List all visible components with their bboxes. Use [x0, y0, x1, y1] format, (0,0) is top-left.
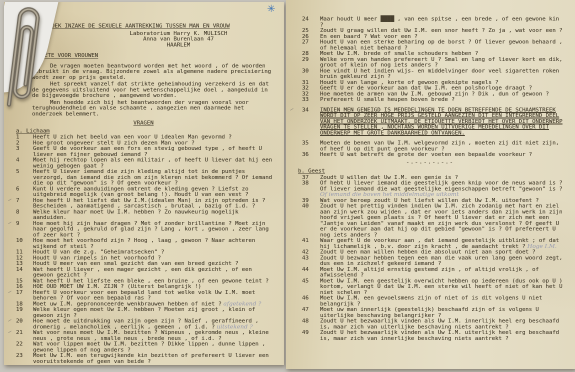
question-row: 48Zoudt U het bezwaarlijk vinden als Uw … [290, 318, 570, 330]
question-row: 3Geeft U de voorkeur aan een fors en ste… [8, 146, 279, 158]
question-list-a: 1Heeft U zich het beeld van een voor U i… [8, 134, 279, 364]
question-row: 35Moeten de benen van Uw I.M. welgevormd… [290, 140, 570, 152]
pencil-mark: — [289, 106, 295, 113]
question-number: 46 [302, 295, 318, 307]
intro-block: De vragen moeten beantwoord worden met h… [8, 63, 279, 117]
question-row: 44Moet Uw I.M. altijd ernstig gestemd zi… [290, 266, 570, 278]
question-row: 43Zoudt U bezwaar hebben tegen een man d… [290, 255, 570, 267]
vragen-heading: VRAGEN [8, 120, 279, 126]
question-text: Kunt U verdere aanduidingen omtrent de k… [33, 186, 275, 198]
question-text: Maar houdt U meer ████ , van een spitse … [320, 16, 564, 28]
pencil-mark: — [7, 328, 13, 335]
question-text: Welke kleur haar moet Uw I.M. hebben ? Z… [33, 209, 275, 221]
question-text: Moet Uw I.M. een terugwijkende kin bezit… [33, 353, 275, 365]
question-number: 24 [302, 16, 318, 28]
question-row: —21Wat voor neus moet Uw I.M. bezitten ?… [8, 330, 279, 342]
question-row: 14Wat heeft U liever , een mager gezicht… [8, 266, 279, 278]
page-left: ONDERZOEK INZAKE DE SEXUELE AANTREKKING … [4, 2, 284, 365]
question-text: Welke kleur ogen moet Uw I.M. hebben ? M… [33, 307, 275, 319]
question-row: 36Heeft U wat betreft de grote der voete… [290, 152, 570, 158]
question-text: Heeft U liever iemand die zijn kleding a… [33, 169, 275, 186]
question-number: 35 [302, 140, 318, 152]
question-row: 29Welke vorm van handen prefereert U ? S… [290, 56, 570, 68]
question-text: Zoudt U het prettig vinden indien Uw I.M… [320, 203, 564, 238]
question-text: Wat voor neus moet Uw I.M. bezitten ? Wi… [33, 330, 275, 342]
pencil-mark: — [7, 317, 13, 324]
question-number: 45 [302, 278, 318, 295]
question-row: 41Waar geeft U de voorkeur aan , dat iem… [290, 238, 570, 250]
question-text: Geeft U de voorkeur aan een fors en stev… [33, 146, 275, 158]
question-text: Wat heeft U liever , een mager gezicht ,… [33, 266, 275, 278]
question-text: Welke vorm van handen prefereert U ? Sma… [320, 56, 564, 68]
question-number: 20 [16, 318, 31, 330]
document-title: ONDERZOEK INZAKE DE SEXUELE AANTREKKING … [31, 23, 279, 29]
question-number: 10 [16, 238, 31, 250]
question-text: Zoudt U bezwaar hebben tegen een man die… [320, 255, 564, 267]
question-text: Heeft U wat betreft de grote der voeten … [320, 152, 564, 158]
question-row: —7Hoe heeft U het liefst dat Uw I.M.(ide… [8, 197, 279, 209]
question-text: Moet hij rechtop lopen als een militair … [33, 157, 275, 169]
subsection-b-heading: b. Geest [298, 168, 570, 174]
question-number: 29 [302, 56, 318, 68]
question-number: 23 [16, 353, 31, 365]
question-text: Hoe moet hij zijn haar dragen ? Met of z… [33, 220, 275, 237]
question-number: 48 [302, 318, 318, 330]
question-text: Houdt U van een sterke beharing op de bo… [320, 39, 564, 51]
question-row: 8Welke kleur haar moet Uw I.M. hebben ? … [8, 209, 279, 221]
question-text: Prefereert U smalle heupen boven brede ? [320, 97, 564, 103]
section-divider: -.-.-.-.-.- [290, 159, 570, 165]
page-right: 24Maar houdt U meer ████ , van een spits… [286, 0, 575, 369]
question-number: 17 [16, 289, 31, 301]
question-row: 24Maar houdt U meer ████ , van een spits… [290, 16, 570, 28]
question-text: Waar geeft U de voorkeur aan , dat ieman… [320, 238, 564, 250]
pencil-mark: — [7, 288, 13, 295]
question-text: Moeten de benen van Uw I.M. welgevormd z… [320, 140, 564, 152]
question-number: 6 [16, 186, 31, 198]
question-row: —9Hoe moet hij zijn haar dragen ? Met of… [8, 220, 279, 237]
question-number: 43 [302, 255, 318, 267]
intro-paragraph: De vragen moeten beantwoord worden met h… [32, 63, 272, 80]
question-number: 19 [16, 307, 31, 319]
question-row: 22Wat voor lippen moet Uw I.M. bezitten … [8, 341, 279, 353]
question-list-b: 24Maar houdt U meer ████ , van een spits… [290, 16, 570, 341]
question-text: Moet uw man innerlijk (geestelijk) besch… [320, 307, 564, 319]
intro-paragraph: Het spreekt vanzelf dat strikte geheimho… [32, 81, 272, 98]
question-row: 30Hoe vindt U het indien wijs- en middel… [290, 68, 570, 80]
question-number: 38 [302, 180, 318, 197]
question-number: 9 [16, 220, 31, 237]
question-number: 49 [302, 330, 318, 342]
question-text: Zoudt U het bezwaarlijk vinden als Uw I.… [320, 318, 564, 330]
question-number: 36 [302, 152, 318, 158]
question-text: Of hebt U liever iemand die geestelijk g… [320, 180, 564, 197]
scanned-document: ONDERZOEK INZAKE DE SEXUELE AANTREKKING … [0, 0, 575, 372]
question-row: 27Houdt U van een sterke beharing op de … [290, 39, 570, 51]
question-text: Hoe vindt U het indien wijs- en middelvi… [320, 68, 564, 80]
question-text: Hoe moet de uitdrukking van zijn ogen zi… [33, 318, 275, 330]
question-text: Moet Uw I.M. altijd ernstig gestemd zijn… [320, 266, 564, 278]
question-text: Hoe moet het voorhoofd zijn ? Hoog , laa… [33, 238, 275, 250]
pencil-mark: — [7, 196, 13, 203]
question-number: 7 [16, 197, 31, 209]
pencil-mark: — [7, 219, 13, 226]
blue-ink-mark: ✳ [267, 4, 275, 15]
question-text: Zoudt U het bezwaarlijk vinden als Uw I.… [320, 330, 564, 342]
question-row: —20Hoe moet de uitdrukking van zijn ogen… [8, 318, 279, 330]
intro-paragraph: Men hoedde zich bij het beantwoorden der… [32, 99, 272, 116]
question-row: 45Moet Uw I.M. een geestelijk overwicht … [290, 278, 570, 295]
question-row: 4Moet hij rechtop lopen als een militair… [8, 157, 279, 169]
question-number: 40 [302, 203, 318, 238]
question-row: 38Of hebt U liever iemand die geestelijk… [290, 180, 570, 197]
question-row: 6Kunt U verdere aanduidingen omtrent de … [8, 186, 279, 198]
question-text: INDIEN MEN GENEIGD IS MEDEDELINGEN TE DO… [320, 107, 564, 136]
section-1-heading: I.ENQUÊTE VOOR VROUWEN [16, 53, 279, 59]
question-number: 33 [302, 97, 318, 103]
lab-line-3: HAARLEM [96, 42, 261, 48]
question-number: 44 [302, 266, 318, 278]
question-number: 14 [16, 266, 31, 278]
question-text: Hoe heeft U het liefst dat Uw I.M.(ideal… [33, 197, 275, 209]
question-row: 19Welke kleur ogen moet Uw I.M. hebben ?… [8, 307, 279, 319]
question-number: 5 [16, 169, 31, 186]
question-number: 8 [16, 209, 31, 221]
question-row: 23Moet Uw I.M. een terugwijkende kin bez… [8, 353, 279, 365]
page-right-content: 24Maar houdt U meer ████ , van een spits… [286, 0, 575, 369]
question-number: 3 [16, 146, 31, 158]
laboratory-address: Laboratorium Harry K. MULISCH Anna van B… [96, 30, 261, 47]
document-title-text: ONDERZOEK INZAKE DE SEXUELE AANTREKKING … [31, 23, 230, 30]
question-number: 27 [302, 39, 318, 51]
question-text: Moet Uw I.M. een geestelijk overwicht he… [320, 278, 564, 295]
vragen-heading-text: VRAGEN [133, 120, 153, 127]
question-row: 49Zoudt U het bezwaarlijk vinden als Uw … [290, 330, 570, 342]
question-text: Wat voor lippen moet Uw I.M. bezitten ? … [33, 341, 275, 353]
question-number: 4 [16, 157, 31, 169]
question-row: 47Moet uw man innerlijk (geestelijk) bes… [290, 307, 570, 319]
question-row: 10Hoe moet het voorhoofd zijn ? Hoog , l… [8, 238, 279, 250]
question-row: 46Moet Uw I.M. een gevoelsmens zijn of n… [290, 295, 570, 307]
question-number: 47 [302, 307, 318, 319]
question-row: —34INDIEN MEN GENEIGD IS MEDEDELINGEN TE… [290, 107, 570, 136]
question-number: 41 [302, 238, 318, 250]
question-number: 21 [16, 330, 31, 342]
question-text: Moet Uw I.M. een gevoelsmens zijn of nie… [320, 295, 564, 307]
question-number: 22 [16, 341, 31, 353]
question-number: 34 [302, 107, 318, 136]
question-row: 5Heeft U liever iemand die zijn kleding … [8, 169, 279, 186]
question-row: 33Prefereert U smalle heupen boven brede… [290, 97, 570, 103]
question-number: 30 [302, 68, 318, 80]
question-row: 40Zoudt U het prettig vinden indien Uw I… [290, 203, 570, 238]
